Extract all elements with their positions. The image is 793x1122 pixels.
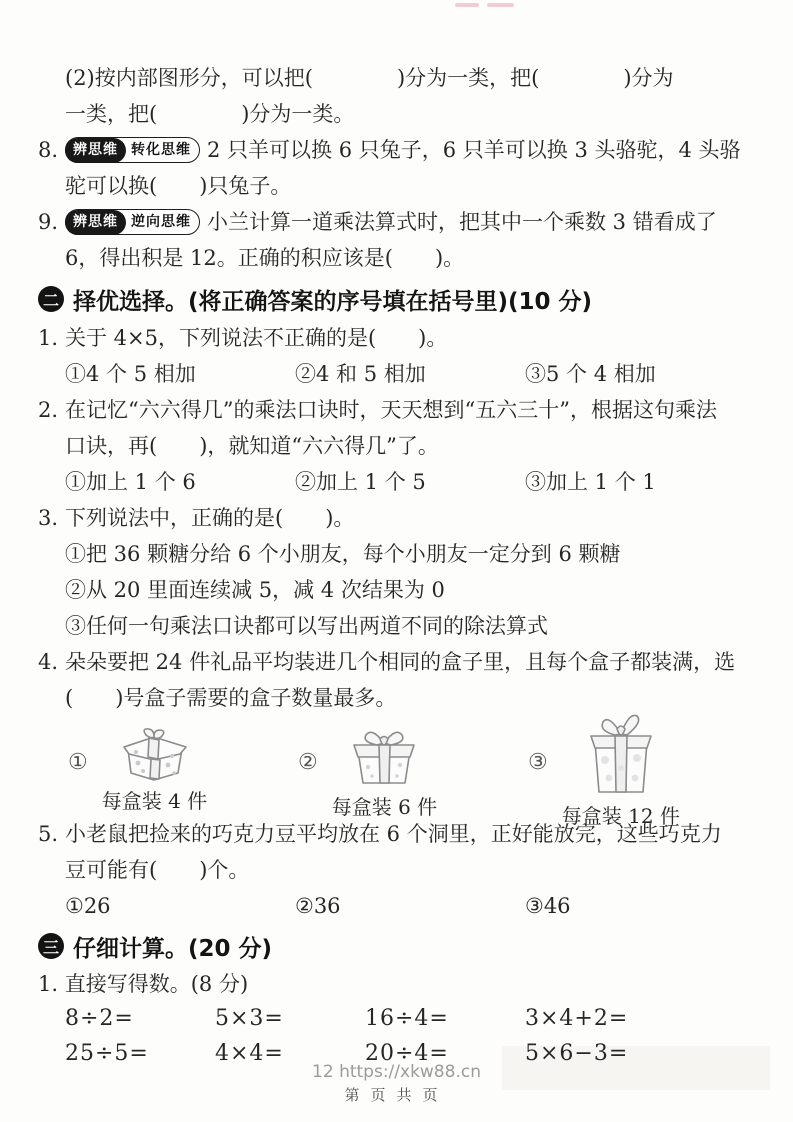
question-9-line2: 6，得出积是 12。正确的积应该是( )。 [38,240,764,276]
question-5-line2: 豆可能有( )个。 [38,852,764,888]
question-text: 关于 4×5，下列说法不正确的是( )。 [65,320,447,356]
expression: 16÷4= [365,1001,525,1036]
badge-zhuanhua-siwei: 转化思维 [131,132,191,168]
gift-option-1: ① [68,720,298,816]
expression: 3×4+2= [525,1001,764,1036]
footer-watermark-url: 12 https://xkw88.cn [0,1062,793,1082]
question-text: 下列说法中，正确的是( )。 [65,500,354,536]
section-2-header: 二 择优选择。(将正确答案的序号填在括号里)(10 分) [38,278,764,320]
option-3: ③加上 1 个 1 [525,464,764,500]
gift-box-figure-row: ① [38,720,764,816]
gift-box-small-icon [116,723,192,783]
gift-caption: 每盒装 4 件 [102,785,207,814]
question-2-line2: 口诀，再( )，就知道“六六得几”了。 [38,428,764,464]
question-8: 8. 辨思维 转化思维 2 只羊可以换 6 只兔子，6 只羊可以换 3 头骆驼，… [38,132,764,168]
question-8-line2: 驼可以换( )只兔子。 [38,168,764,204]
option-1: ①26 [65,888,295,924]
q2-options: ①加上 1 个 6 ②加上 1 个 5 ③加上 1 个 1 [38,464,764,500]
expression: 8÷2= [65,1001,215,1036]
thinking-badge: 辨思维 转化思维 [65,137,200,163]
pink-scan-artifact [455,3,479,7]
gift-figure: 每盒装 4 件 [102,723,207,814]
question-number: 1. [38,320,65,356]
section-number-icon: 二 [38,286,64,312]
question-number: 8. [38,132,65,168]
section-number-icon: 三 [38,933,64,959]
circled-number: ③ [528,750,548,775]
section-title: 仔细计算。(20 分) [73,930,272,963]
q3-statement-2: ②从 20 里面连续减 5，减 4 次结果为 0 [38,572,764,608]
q3-statement-1: ①把 36 颗糖分给 6 个小朋友，每个小朋友一定分到 6 颗糖 [38,536,764,572]
question-2: 2. 在记忆“六六得几”的乘法口诀时，天天想到“五六三十”，根据这句乘法 [38,392,764,428]
section-3-header: 三 仔细计算。(20 分) [38,925,764,967]
q1-options: ①4 个 5 相加 ②4 和 5 相加 ③5 个 4 相加 [38,356,764,392]
question-number: 4. [38,644,65,680]
question-text: 驼可以换( )只兔子。 [65,168,291,204]
question-text: 小老鼠把捡来的巧克力豆平均放在 6 个洞里，正好能放完，这些巧克力 [65,816,722,852]
question-5: 5. 小老鼠把捡来的巧克力豆平均放在 6 个洞里，正好能放完，这些巧克力 [38,816,764,852]
thinking-badge: 辨思维 逆向思维 [65,209,200,235]
question-text: 6，得出积是 12。正确的积应该是( )。 [65,240,464,276]
question-text: 一类，把( )分为一类。 [65,96,354,132]
question-text: (2)按内部图形分，可以把( )分为一类，把( )分为 [65,60,674,96]
worksheet-page: (2)按内部图形分，可以把( )分为一类，把( )分为 一类，把( )分为一类。… [0,0,793,1122]
question-4: 4. 朵朵要把 24 件礼品平均装进几个相同的盒子里，且每个盒子都装满，选 [38,644,764,680]
section-title: 择优选择。(将正确答案的序号填在括号里)(10 分) [73,283,592,316]
badge-bian-siwei: 辨思维 [65,138,126,163]
question-number: 9. [38,204,65,240]
statement-text: ③任何一句乘法口诀都可以写出两道不同的除法算式 [65,608,548,644]
circled-number: ② [298,750,318,775]
option-3: ③46 [525,888,764,924]
question-text: 在记忆“六六得几”的乘法口诀时，天天想到“五六三十”，根据这句乘法 [65,392,717,428]
question-number: 3. [38,500,65,536]
question-number: 5. [38,816,65,852]
gift-option-2: ② [298,720,528,816]
worksheet-content: (2)按内部图形分，可以把( )分为一类，把( )分为 一类，把( )分为一类。… [38,60,764,1071]
option-2: ②36 [295,888,525,924]
question-number: 2. [38,392,65,428]
subtitle-text: 1. 直接写得数。(8 分) [38,967,248,1001]
question-9: 9. 辨思维 逆向思维 小兰计算一道乘法算式时，把其中一个乘数 3 错看成了 [38,204,764,240]
gift-figure: 每盒装 6 件 [332,717,437,820]
gift-box-medium-icon [344,717,424,789]
option-1: ①4 个 5 相加 [65,356,295,392]
option-3: ③5 个 4 相加 [525,356,764,392]
q7-part2-line2: 一类，把( )分为一类。 [38,96,764,132]
q7-part2-line1: (2)按内部图形分，可以把( )分为一类，把( )分为 [38,60,764,96]
q3-statement-3: ③任何一句乘法口诀都可以写出两道不同的除法算式 [38,608,764,644]
statement-text: ①把 36 颗糖分给 6 个小朋友，每个小朋友一定分到 6 颗糖 [65,536,621,572]
badge-bian-siwei: 辨思维 [65,210,126,235]
q5-options: ①26 ②36 ③46 [38,888,764,924]
pink-scan-artifact [487,3,514,7]
option-2: ②4 和 5 相加 [295,356,525,392]
question-text: 小兰计算一道乘法算式时，把其中一个乘数 3 错看成了 [207,204,717,240]
circled-number: ① [68,750,88,775]
option-1: ①加上 1 个 6 [65,464,295,500]
expression-row-1: 8÷2= 5×3= 16÷4= 3×4+2= [38,1001,764,1036]
calc-subtitle: 1. 直接写得数。(8 分) [38,967,764,1001]
statement-text: ②从 20 里面连续减 5，减 4 次结果为 0 [65,572,445,608]
gift-option-3: ③ [528,720,758,816]
option-2: ②加上 1 个 5 [295,464,525,500]
question-text: ( )号盒子需要的盒子数量最多。 [65,680,396,716]
expression: 5×3= [215,1001,365,1036]
question-text: 朵朵要把 24 件礼品平均装进几个相同的盒子里，且每个盒子都装满，选 [65,644,735,680]
question-3: 3. 下列说法中，正确的是( )。 [38,500,764,536]
question-text: 豆可能有( )个。 [65,852,249,888]
question-text: 2 只羊可以换 6 只兔子，6 只羊可以换 3 头骆驼，4 头骆 [207,132,741,168]
gift-box-large-icon [579,708,663,798]
question-1: 1. 关于 4×5，下列说法不正确的是( )。 [38,320,764,356]
question-text: 口诀，再( )，就知道“六六得几”了。 [65,428,439,464]
badge-nixiang-siwei: 逆向思维 [131,204,191,240]
footer-page-label: 第页共页 [0,1084,793,1105]
gift-figure: 每盒装 12 件 [562,708,680,829]
